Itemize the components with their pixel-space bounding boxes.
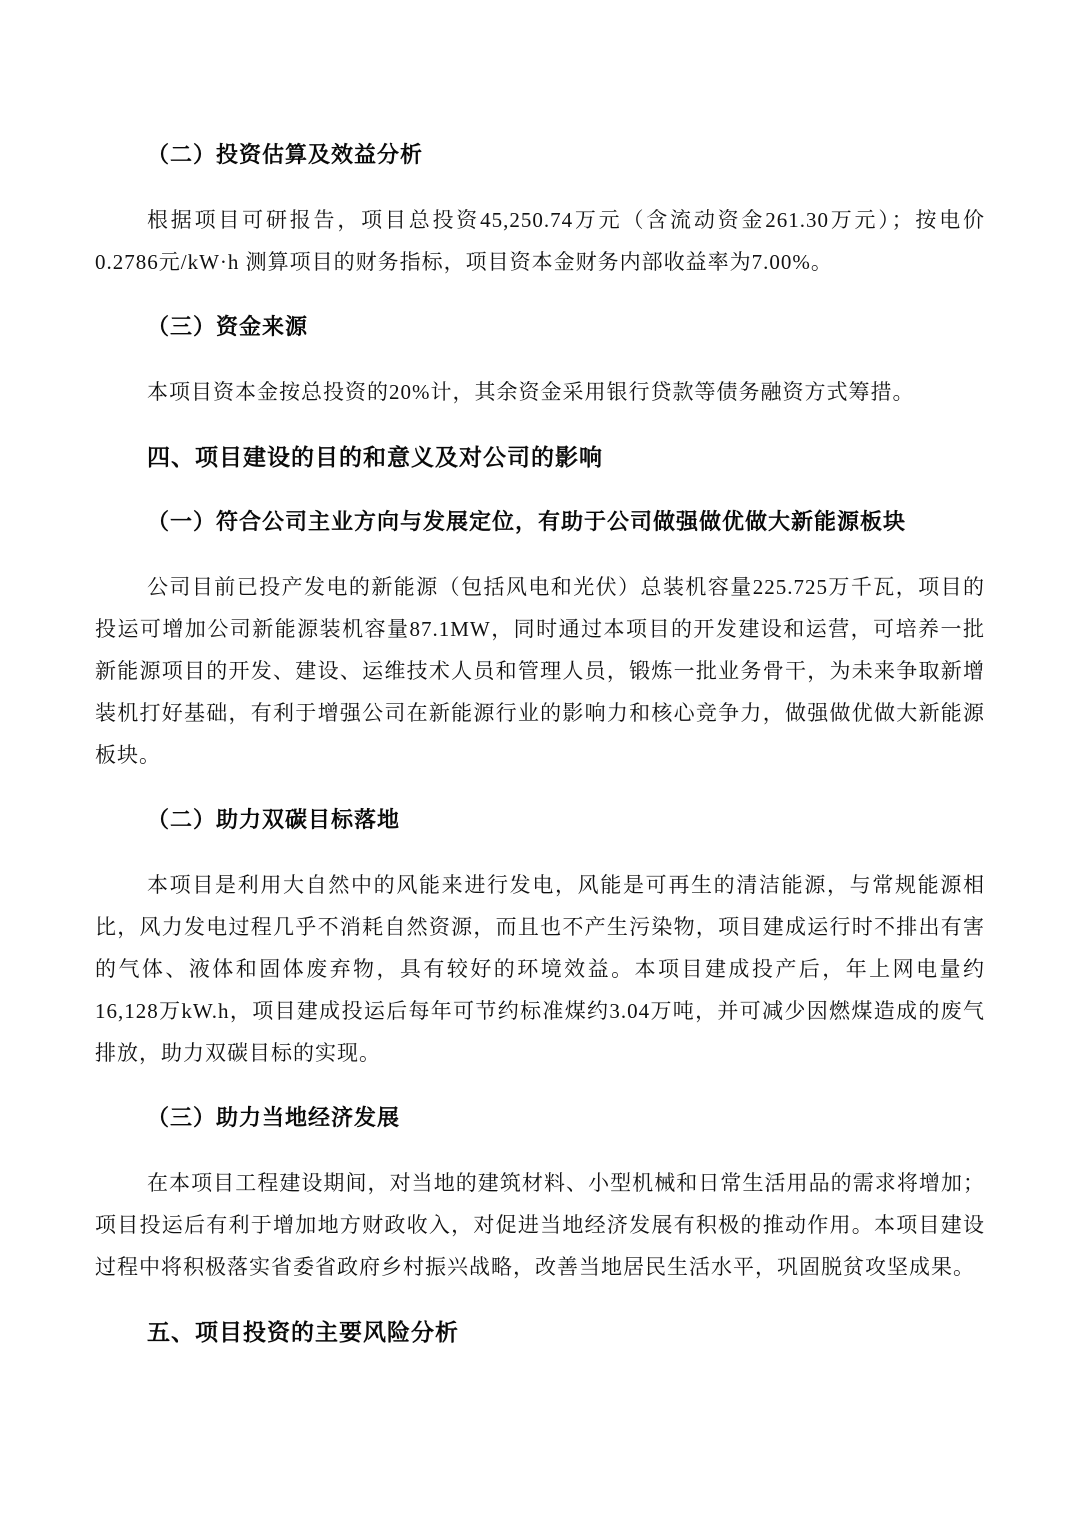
para-fund-source: 本项目资本金按总投资的20%计，其余资金采用银行贷款等债务融资方式筹措。 <box>95 371 985 413</box>
heading-investment-benefit-analysis: （二）投资估算及效益分析 <box>95 134 985 176</box>
heading-4-2-dual-carbon-goal: （二）助力双碳目标落地 <box>95 799 985 841</box>
para-investment-benefit-analysis: 根据项目可研报告，项目总投资45,250.74万元（含流动资金261.30万元）… <box>95 199 985 283</box>
para-4-3-local-economy: 在本项目工程建设期间，对当地的建筑材料、小型机械和日常生活用品的需求将增加；项目… <box>95 1162 985 1288</box>
document-page: （二）投资估算及效益分析 根据项目可研报告，项目总投资45,250.74万元（含… <box>0 0 1080 1527</box>
heading-section4-purpose-and-impact: 四、项目建设的目的和意义及对公司的影响 <box>95 436 985 478</box>
heading-4-3-local-economy: （三）助力当地经济发展 <box>95 1097 985 1139</box>
heading-fund-source: （三）资金来源 <box>95 306 985 348</box>
heading-section5-risk-analysis: 五、项目投资的主要风险分析 <box>95 1311 985 1353</box>
heading-4-1-main-business-fit: （一）符合公司主业方向与发展定位，有助于公司做强做优做大新能源板块 <box>95 501 985 543</box>
para-4-1-main-business-fit: 公司目前已投产发电的新能源（包括风电和光伏）总装机容量225.725万千瓦，项目… <box>95 566 985 776</box>
para-4-2-dual-carbon-goal: 本项目是利用大自然中的风能来进行发电，风能是可再生的清洁能源，与常规能源相比，风… <box>95 864 985 1074</box>
